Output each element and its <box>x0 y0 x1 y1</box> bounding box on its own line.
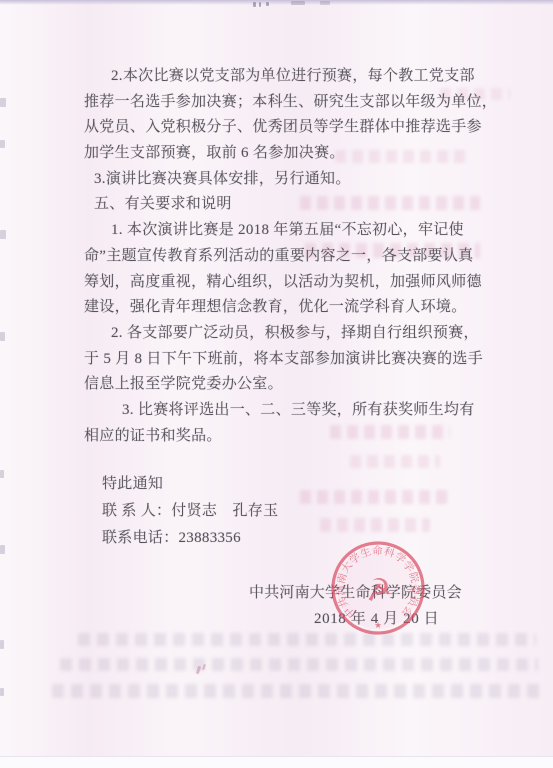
body-line: 五、有关要求和说明 <box>84 192 492 218</box>
bleed-through-artifact <box>0 688 4 696</box>
scan-artifact <box>259 2 261 7</box>
body-line: 2.本次比赛以党支部为单位进行预赛，每个教工党支部 <box>84 64 492 90</box>
bleed-through-text-row <box>300 490 450 504</box>
seal-star-icon: ★ <box>374 621 382 631</box>
bleed-through-text-row <box>350 455 440 468</box>
hammer-and-sickle-icon: ☭ <box>363 571 395 609</box>
body-line: 于 5 月 8 日下午下班前，将本支部参加演讲比赛决赛的选手 <box>84 347 492 373</box>
bleed-through-artifact <box>0 640 4 649</box>
body-line: 推荐一名选手参加决赛；本科生、研究生支部以年级为单位， <box>84 90 492 116</box>
bleed-through-artifact <box>0 98 6 107</box>
body-line: 2. 各支部要广泛动员，积极参与，择期自行组织预赛， <box>84 321 492 347</box>
bleed-through-artifact <box>0 332 5 341</box>
body-line: 3.演讲比赛决赛具体安排，另行通知。 <box>84 167 492 193</box>
bleed-through-artifact <box>0 140 5 148</box>
contact-person-line: 联 系 人：付贤志 孔存玉 <box>102 498 278 525</box>
body-line: 筹划，高度重视，精心组织，以活动为契机，加强师风师德 <box>84 270 492 296</box>
body-line: 3. 比赛将评选出一、二、三等奖，所有获奖师生均有 <box>84 398 492 424</box>
body-line: 命”主题宣传教育系列活动的重要内容之一，各支部要认真 <box>84 244 492 270</box>
closing-block: 特此通知 联 系 人：付贤志 孔存玉 联系电话：23883356 <box>102 471 278 552</box>
notice-line: 特此通知 <box>102 471 278 498</box>
scan-artifact <box>291 1 305 5</box>
bleed-through-text-row <box>78 633 536 646</box>
bleed-through-artifact <box>0 470 4 478</box>
bleed-through-artifact <box>0 545 5 554</box>
scan-edge-top <box>0 0 553 5</box>
contact-phone-line: 联系电话：23883356 <box>102 525 278 552</box>
scan-artifact <box>266 2 269 6</box>
scanned-notice-page: 2.本次比赛以党支部为单位进行预赛，每个教工党支部推荐一名选手参加决赛；本科生、… <box>0 0 553 768</box>
body-line: 1. 本次演讲比赛是 2018 年第五届“不忘初心，牢记使 <box>84 218 492 244</box>
body-line: 加学生支部预赛，取前 6 名参加决赛。 <box>84 141 492 167</box>
scan-artifact <box>253 2 256 7</box>
body-line: 从党员、入党积极分子、优秀团员等学生群体中推荐选手参 <box>84 115 492 141</box>
scan-artifact <box>320 1 330 5</box>
bleed-through-text-row <box>52 684 542 698</box>
scan-edge-bottom <box>0 756 553 768</box>
bleed-through-artifact <box>0 230 6 239</box>
bleed-through-text-row <box>320 518 430 532</box>
body-line: 建设，强化青年理想信念教育，优化一流学科育人环境。 <box>84 295 492 321</box>
official-seal: 中共河南大学生命科学学院委员会 ☭ ★ <box>326 536 430 640</box>
body-line: 信息上报至学院党委办公室。 <box>84 372 492 398</box>
body-line: 相应的证书和奖品。 <box>84 424 492 450</box>
bleed-through-text-row <box>60 658 538 671</box>
document-body: 2.本次比赛以党支部为单位进行预赛，每个教工党支部推荐一名选手参加决赛；本科生、… <box>84 64 492 449</box>
